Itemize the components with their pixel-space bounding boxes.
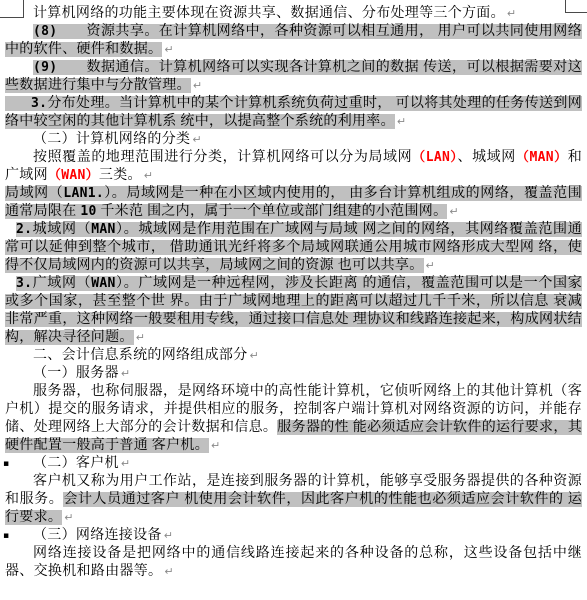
para-lan: 局域网（LAN1.）。局域网是一种在小区域内使用的， 由多台计算机组成的网络，覆… <box>5 185 582 221</box>
heading-server: （一）服务器↵ <box>5 365 582 383</box>
text-run: (9) <box>33 60 57 75</box>
para-distributed-processing: 3.分布处理。当计算机中的某个计算机系统负荷过重时， 可以将其处理的任务传送到网… <box>5 95 582 131</box>
text-run: 10 <box>80 204 96 219</box>
text-run: （LAN） <box>412 150 457 165</box>
text-run: 网络连接设备是把网络中的通信线路连接起来的各种设备的总称，这些设备包括中继器、交… <box>5 546 582 579</box>
heading-network-devices: ▪（三）网络连接设备↵ <box>5 527 582 545</box>
text-run: 2. <box>16 222 32 237</box>
text-boundary-corner-mark-topright-horizontal <box>565 12 587 13</box>
text-run: 资源共享。在计算机网络中，各种资源可以相互通用， 用户可以共同使用网络中的软件、… <box>5 24 582 57</box>
paragraph-end-mark: ↵ <box>119 457 131 470</box>
para-server: 服务器，也称伺服器，是网络环境中的高性能计算机，它侦听网络上的其他计算机（客户机… <box>5 383 582 455</box>
paragraph-end-mark: ↵ <box>424 259 436 272</box>
text-run: 广域网（ <box>32 276 91 291</box>
paragraph-end-mark: ↵ <box>209 439 221 452</box>
text-run: （三）网络连接设备 <box>33 528 162 543</box>
text-run: 二、会计信息系统的网络组成部分 <box>33 348 248 363</box>
text-run: 数据通信。计算机网络可以实现各计算机之间的数据 传送，可以根据需要对这些数据进行… <box>5 60 582 93</box>
text-run: 局域网（ <box>5 186 63 201</box>
list-bullet-icon: ▪ <box>3 457 9 471</box>
text-run: 会计人员通过客户 机使用会计软件，因此客户机的性能也必须适应会计软件的 运行要求… <box>5 492 582 525</box>
para-data-communication: (9) 数据通信。计算机网络可以实现各计算机之间的数据 传送，可以根据需要对这些… <box>5 59 582 95</box>
paragraph-end-mark: ↵ <box>505 7 517 20</box>
heading-network-classification: （二）计算机网络的分类↵ <box>5 131 582 149</box>
paragraph-end-mark: ↵ <box>248 349 260 362</box>
paragraph-end-mark: ↵ <box>162 43 174 56</box>
text-run: （二）计算机网络的分类 <box>33 132 190 147</box>
text-boundary-corner-mark-topleft-vertical <box>23 0 24 17</box>
text-run: （MAN） <box>516 150 568 165</box>
text-run: 、城域网 <box>458 150 516 165</box>
paragraph-end-mark: ↵ <box>447 205 459 218</box>
text-boundary-corner-mark-topleft-horizontal <box>0 17 24 18</box>
text-run: （二）客户机 <box>33 456 119 471</box>
para-network-devices: 网络连接设备是把网络中的通信线路连接起来的各种设备的总称，这些设备包括中继器、交… <box>5 545 582 581</box>
para-client: 客户机又称为用户工作站，是连接到服务器的计算机，能够享受服务器提供的各种资源和服… <box>5 473 582 527</box>
text-run: 分布处理。当计算机中的某个计算机系统负荷过重时， 可以将其处理的任务传送到网络中… <box>5 96 582 129</box>
text-run: 按照覆盖的地理范围进行分类，计算机网络可以分为局域网 <box>33 150 412 165</box>
paragraph-end-mark: ↵ <box>395 115 407 128</box>
document-body: 计算机网络的功能主要体现在资源共享、数据通信、分布处理等三个方面。↵(8) 资源… <box>0 0 587 581</box>
text-run: WAN <box>91 276 115 291</box>
heading-accounting-network-components: 二、会计信息系统的网络组成部分↵ <box>5 347 582 365</box>
para-man: 2.城域网（MAN）。城域网是作用范围在广域网与局域 网之间的网络，其网络覆盖范… <box>5 221 582 275</box>
text-run: 三类。 <box>99 168 142 183</box>
text-boundary-corner-mark-topright-vertical <box>565 0 566 12</box>
paragraph-end-mark: ↵ <box>190 133 202 146</box>
text-run: 3. <box>16 276 32 291</box>
paragraph-end-mark: ↵ <box>119 367 131 380</box>
paragraph-end-mark: ↵ <box>134 331 146 344</box>
text-run: 城域网（ <box>32 222 91 237</box>
text-run: （WAN） <box>48 168 99 183</box>
text-run: MAN <box>91 222 115 237</box>
text-run: 3. <box>5 96 47 111</box>
text-run: 计算机网络的功能主要体现在资源共享、数据通信、分布处理等三个方面。 <box>33 6 505 21</box>
paragraph-end-mark: ↵ <box>62 511 74 524</box>
list-bullet-icon: ▪ <box>3 529 9 543</box>
para-wan: 3.广域网（WAN）。广域网是一种远程网，涉及长距离 的通信，覆盖范围可以是一个… <box>5 275 582 347</box>
text-run: (8) <box>33 24 57 39</box>
paragraph-end-mark: ↵ <box>191 79 203 92</box>
text-run: （一）服务器 <box>33 366 119 381</box>
paragraph-end-mark: ↵ <box>162 565 174 578</box>
para-network-functions-intro: 计算机网络的功能主要体现在资源共享、数据通信、分布处理等三个方面。↵ <box>5 5 582 23</box>
paragraph-end-mark: ↵ <box>142 169 154 182</box>
para-resource-sharing: (8) 资源共享。在计算机网络中，各种资源可以相互通用， 用户可以共同使用网络中… <box>5 23 582 59</box>
para-classification-by-range: 按照覆盖的地理范围进行分类，计算机网络可以分为局域网（LAN）、城域网（MAN）… <box>5 149 582 185</box>
document-page: 计算机网络的功能主要体现在资源共享、数据通信、分布处理等三个方面。↵(8) 资源… <box>0 0 587 600</box>
paragraph-end-mark: ↵ <box>162 529 174 542</box>
heading-client: ▪（二）客户机↵ <box>5 455 582 473</box>
text-run: 千米范 围之内，属于一个单位或部门组建的小范围网。 <box>97 204 448 219</box>
text-run: LAN1. <box>63 186 104 201</box>
